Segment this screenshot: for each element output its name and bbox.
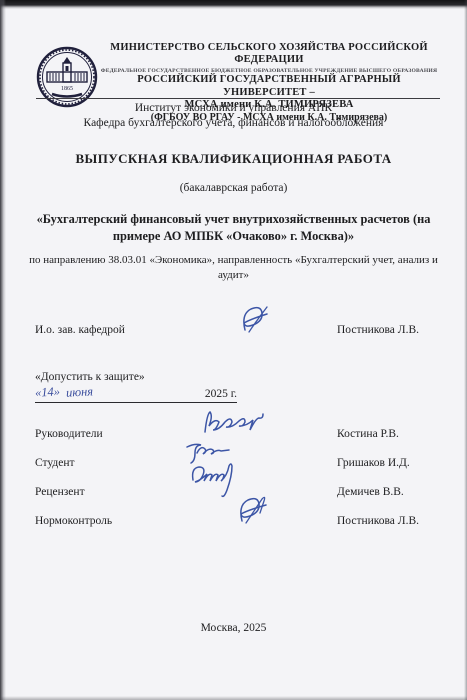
admit-date-line: «14» июня 2025 г. (35, 385, 237, 403)
work-subtype: (бакалаврская работа) (18, 182, 449, 194)
supervisor-name: Костина Р.В. (337, 428, 439, 440)
admit-label: «Допустить к защите» (35, 371, 145, 383)
university-name-line1: РОССИЙСКИЙ ГОСУДАРСТВЕННЫЙ АГРАРНЫЙ УНИВ… (96, 74, 442, 99)
handwritten-day: «14» (35, 384, 61, 400)
signature-supervisor-icon (201, 408, 267, 438)
scan-edge-top (0, 0, 467, 9)
program-line: по направлению 38.03.01 «Экономика», нап… (18, 253, 449, 284)
student-name: Гришаков И.Д. (337, 457, 439, 469)
emblem-year: 1865 (61, 86, 73, 92)
institute-line: Институт экономики и управления АПК (30, 102, 437, 114)
scan-edge-left (0, 0, 6, 700)
header-divider (36, 98, 440, 99)
department-line: Кафедра бухгалтерского учета, финансов и… (30, 117, 437, 129)
head-name: Постникова Л.В. (337, 324, 439, 336)
student-role-label: Студент (35, 457, 75, 469)
supervisor-role-label: Руководители (35, 428, 103, 440)
signatory-row: Руководители Костина Р.В. (35, 426, 439, 440)
ministry-line: МИНИСТЕРСТВО СЕЛЬСКОГО ХОЗЯЙСТВА РОССИЙС… (96, 42, 442, 67)
reviewer-role-label: Рецензент (35, 486, 85, 498)
reviewer-name: Демичев В.В. (337, 486, 439, 498)
signatory-row: Нормоконтроль Постникова Л.В. (35, 513, 439, 527)
head-role-label: И.о. зав. кафедрой (35, 324, 125, 336)
normcontrol-role-label: Нормоконтроль (35, 515, 112, 527)
signature-head-icon (237, 302, 281, 336)
city-year-line: Москва, 2025 (18, 622, 449, 634)
normcontrol-name: Постникова Л.В. (337, 515, 439, 527)
thesis-title: «Бухгалтерский финансовый учет внутрихоз… (28, 211, 439, 244)
head-approval-row: И.о. зав. кафедрой Постникова Л.В. (35, 322, 439, 336)
signature-normcontrol-icon (234, 493, 278, 527)
work-type-title: ВЫПУСКНАЯ КВАЛИФИКАЦИОННАЯ РАБОТА (18, 151, 449, 167)
scan-edge-bottom (0, 696, 467, 700)
date-year: 2025 г. (205, 388, 237, 400)
handwritten-month: июня (66, 384, 94, 400)
